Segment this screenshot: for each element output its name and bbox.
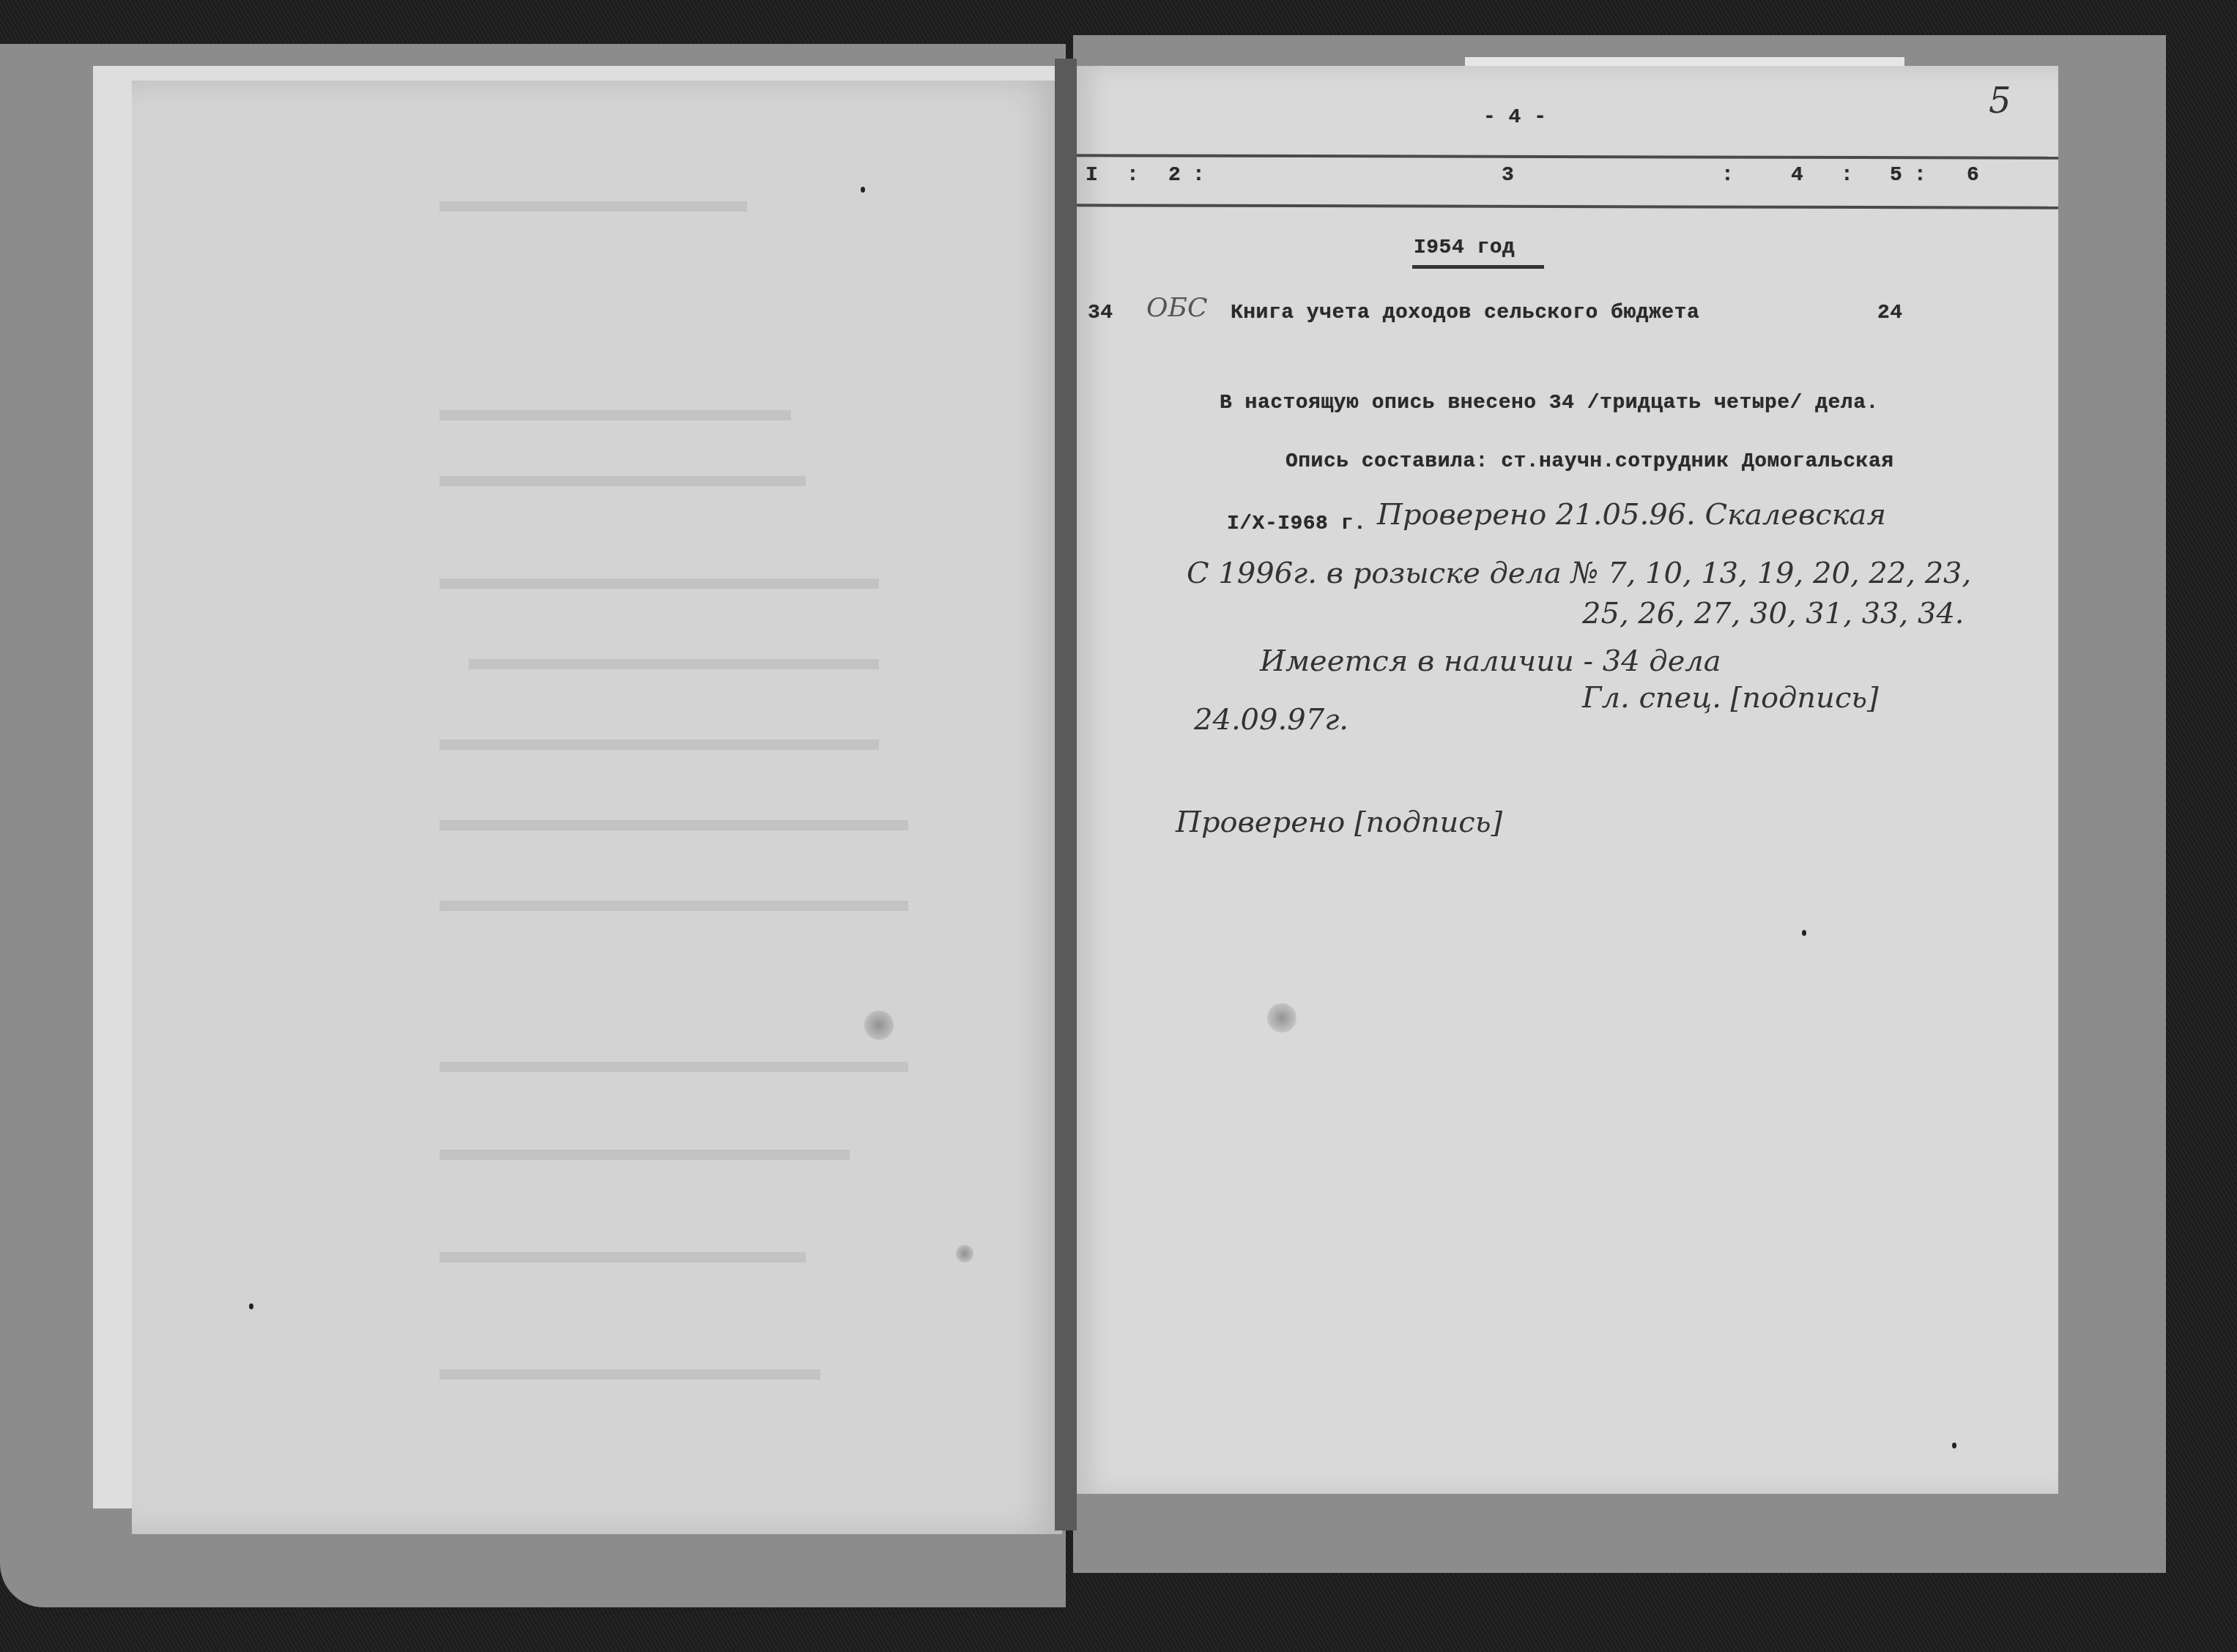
bleed-through-line — [439, 1252, 806, 1262]
column-header-4: 4 — [1791, 164, 1803, 187]
ink-speck — [861, 187, 865, 193]
compiled-date: I/X-I968 г. — [1227, 513, 1366, 535]
column-separator: : — [1841, 164, 1853, 187]
summary-line: В настоящую опись внесено 34 /тридцать ч… — [1220, 392, 1879, 414]
bleed-through-line — [439, 740, 879, 750]
handwritten-signature-chief-specialist: Гл. спец. [подпись] — [1582, 681, 1879, 715]
handwritten-date-1997: 24.09.97г. — [1194, 703, 1348, 737]
bleed-through-line — [439, 1150, 850, 1160]
stain — [956, 1245, 973, 1262]
year-heading: I954 год — [1414, 237, 1515, 259]
ink-speck — [249, 1303, 253, 1309]
handwritten-missing-files-line1: С 1996г. в розыске дела № 7, 10, 13, 19,… — [1187, 557, 1971, 590]
bleed-through-line — [439, 578, 879, 589]
bleed-through-line — [439, 820, 908, 830]
bleed-through-line — [439, 1369, 820, 1380]
bleed-through-line — [439, 1062, 908, 1072]
ink-speck — [1802, 930, 1806, 936]
column-header-3: 3 — [1502, 164, 1514, 187]
bleed-through-line — [439, 410, 791, 420]
column-separator: : — [1721, 164, 1734, 187]
handwritten-available-count: Имеется в наличии - 34 дела — [1260, 644, 1721, 678]
entry-sheet-count: 24 — [1877, 302, 1903, 324]
column-separator: : — [1914, 164, 1926, 187]
table-rule-bottom — [1077, 204, 2058, 209]
stain — [1267, 1003, 1296, 1032]
compiled-by-line: Опись составила: ст.научн.сотрудник Домо… — [1286, 450, 1894, 473]
page-number: - 4 - — [1483, 106, 1547, 129]
bleed-through-line — [439, 901, 908, 911]
entry-title: Книга учета доходов сельского бюджета — [1231, 302, 1699, 324]
column-header-1: I — [1086, 164, 1098, 187]
right-page: - 4 - 5 I : 2 : 3 : 4 : 5 : 6 I954 год 3… — [1077, 66, 2058, 1494]
handwritten-missing-files-line2: 25, 26, 27, 30, 31, 33, 34. — [1582, 597, 1965, 630]
column-separator: : — [1127, 164, 1139, 187]
entry-handwritten-mark: ОБС — [1146, 293, 1208, 323]
column-header-5: 5 — [1890, 164, 1902, 187]
stain — [864, 1011, 894, 1040]
ink-speck — [1952, 1443, 1956, 1448]
column-separator: : — [1192, 164, 1205, 187]
handwritten-checked-1996: Проверено 21.05.96. Скалевская — [1377, 498, 1886, 532]
bleed-through-line — [439, 476, 806, 486]
entry-number: 34 — [1088, 302, 1113, 324]
year-heading-underline — [1412, 265, 1544, 269]
folio-number: 5 — [1989, 81, 2011, 122]
bleed-through-line — [439, 201, 747, 212]
left-page-blank — [132, 81, 1062, 1534]
column-header-2: 2 — [1168, 164, 1181, 187]
column-header-6: 6 — [1967, 164, 1979, 187]
bleed-through-line — [469, 659, 879, 669]
book-spine — [1055, 59, 1077, 1530]
handwritten-checked-final: Проверено [подпись] — [1176, 805, 1502, 839]
table-rule-top — [1077, 154, 2058, 160]
